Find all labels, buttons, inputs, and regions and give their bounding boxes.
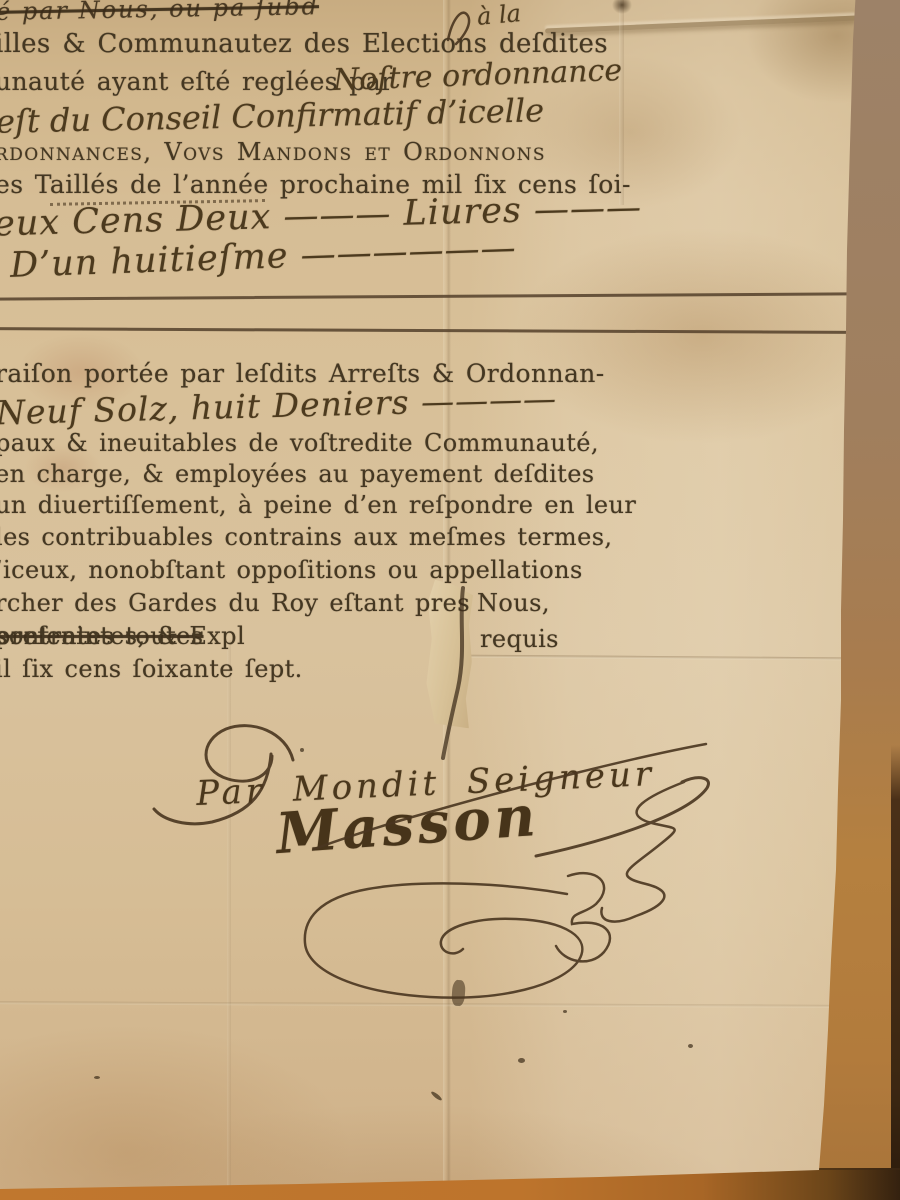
ruled-ink-line: [0, 327, 854, 334]
printed-line: les contribuables contrains aux meſmes t…: [0, 525, 612, 549]
marginal-note-a-la: à la: [476, 1, 522, 29]
ink-speck: [94, 1076, 100, 1079]
manuscript-line: eſt du Conseil Confirmatif d’icelle: [0, 94, 544, 137]
ink-speck: [518, 1058, 525, 1063]
manuscript-amount-sols-deniers: Neuf Solz, huit Deniers ————: [0, 382, 557, 430]
left-crease: [227, 640, 231, 1188]
printed-line: ’iceux, nonobſtant oppoſitions ou appell…: [0, 558, 583, 582]
signature-masson: Masson: [274, 788, 541, 862]
printed-line: en charge, & employées au payement deſdi…: [0, 462, 595, 486]
frame-edge-right: [891, 745, 900, 1200]
line-fragment: contraintes, & Expl: [0, 624, 245, 648]
ink-speck: [300, 748, 304, 752]
ruled-ink-line: [0, 292, 850, 300]
photo-of-framed-document: é par Nous, ou pa ſubd à la illes & Comm…: [0, 0, 900, 1200]
ink-speck: [430, 1090, 443, 1101]
printed-line: illes & Communautez des Elections deſdit…: [0, 31, 608, 57]
ink-smudge: [612, 0, 632, 14]
printed-line: un diuertiſſement, à peine d’en reſpondr…: [0, 493, 636, 517]
horizontal-crease: [468, 655, 844, 661]
printed-line: rcher des Gardes du Roy eſtant pres: [0, 591, 470, 615]
printed-date-line: il ſix cens ſoixante ſept.: [0, 657, 303, 681]
printed-word-requis: requis: [480, 627, 559, 651]
zigzag-flourish: [601, 782, 684, 922]
ink-speck: [563, 1010, 567, 1013]
document-paper: é par Nous, ou pa ſubd à la illes & Comm…: [0, 0, 900, 1200]
lower-horizontal-crease: [0, 1001, 835, 1008]
struck-through-line: é par Nous, ou pa ſubd: [0, 0, 319, 24]
printed-word-nous: Nous,: [477, 591, 550, 615]
printed-line: paux & ineuitables de voſtredite Communa…: [0, 431, 599, 455]
manuscript-insertion: Noſtre ordonnance: [333, 56, 623, 96]
ink-speck: [688, 1044, 693, 1048]
printed-line-mandons: rdonnances, Vovs Mandons et Ordonnons: [0, 140, 546, 164]
three-shaped-flourish: [556, 873, 610, 961]
